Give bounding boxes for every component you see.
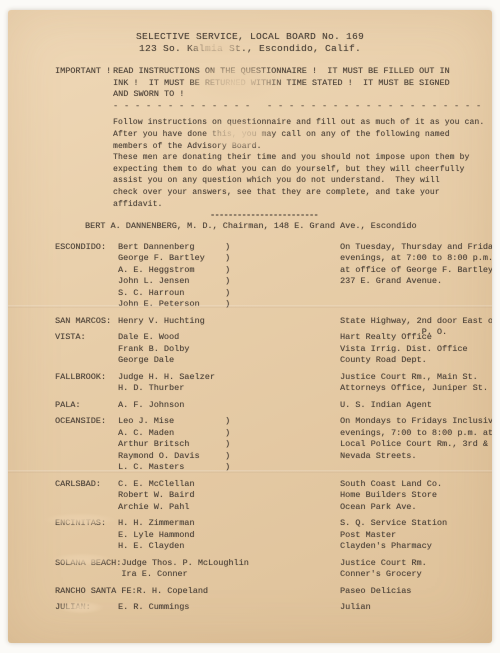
bracket-glyph: ) xyxy=(225,451,230,463)
advisor-member: Judge H. H. Saelzer xyxy=(118,372,259,384)
bracket-glyph: ) xyxy=(225,462,230,474)
advisor-member: H. H. Zimmerman xyxy=(118,518,259,530)
member-name: Dale E. Wood xyxy=(118,332,179,342)
important-text: READ INSTRUCTIONS ON THE QUESTIONNAIRE !… xyxy=(113,66,482,101)
document-page: SELECTIVE SERVICE, LOCAL BOARD No. 169 1… xyxy=(8,10,492,643)
advisor-location: OCEANSIDE: xyxy=(55,416,118,428)
advisor-member: C. E. McClellan xyxy=(118,479,259,491)
important-divider: - - - - - - - - - - - - - - - - - - - - … xyxy=(113,101,482,113)
advisor-section: PALA:A. F. JohnsonU. S. Indian Agent xyxy=(55,400,492,412)
document-header: SELECTIVE SERVICE, LOCAL BOARD No. 169 1… xyxy=(8,10,492,55)
member-name: E. R. Cummings xyxy=(118,602,189,612)
advisor-list: ESCONDIDO:Bert Dannenberg)George F. Bart… xyxy=(8,242,492,614)
advisor-member: Henry V. Huchting xyxy=(118,316,259,328)
advisor-location: VISTA: xyxy=(55,332,118,344)
important-notice: IMPORTANT ! READ INSTRUCTIONS ON THE QUE… xyxy=(8,55,492,112)
member-name: Ira E. Conner xyxy=(121,569,187,579)
bracket-glyph: ) xyxy=(225,265,230,277)
advisor-details: Julian xyxy=(340,602,371,614)
bracket-glyph: ) xyxy=(225,288,230,300)
member-name: Judge H. H. Saelzer xyxy=(118,372,215,382)
member-name: George F. Bartley xyxy=(118,253,205,263)
bracket-glyph: ) xyxy=(225,299,230,311)
advisor-section: JULIAN:E. R. CummingsJulian xyxy=(55,602,492,614)
important-label: IMPORTANT ! xyxy=(55,66,113,112)
advisor-member: John E. Peterson) xyxy=(118,299,259,311)
advisor-location: ESCONDIDO: xyxy=(55,242,118,254)
important-body: READ INSTRUCTIONS ON THE QUESTIONNAIRE !… xyxy=(113,66,482,112)
advisor-section: FALLBROOK:Judge H. H. SaelzerH. D. Thurb… xyxy=(55,372,492,395)
advisor-section: SOLANA BEACH:Judge Thos. P. McLoughlinIr… xyxy=(55,558,492,581)
bracket-glyph: ) xyxy=(225,276,230,288)
advisor-section: RANCHO SANTA FE:R. H. CopelandPaseo Deli… xyxy=(55,586,492,598)
advisor-section: ENCINITAS:H. H. ZimmermanE. Lyle Hammond… xyxy=(55,518,492,553)
chairman-line: BERT A. DANNENBERG, M. D., Chairman, 148… xyxy=(85,221,492,233)
advisor-member: Robert W. Baird xyxy=(118,490,259,502)
advisor-member: E. R. Cummings xyxy=(118,602,259,614)
advisor-members: Bert Dannenberg)George F. Bartley)A. E. … xyxy=(118,242,259,311)
advisor-member: John L. Jensen) xyxy=(118,276,259,288)
advisor-details: U. S. Indian Agent xyxy=(340,400,432,412)
member-name: Archie W. Pahl xyxy=(118,502,189,512)
advisor-location: ENCINITAS: xyxy=(55,518,118,530)
advisor-section: CARLSBAD:C. E. McClellanRobert W. BairdA… xyxy=(55,479,492,514)
member-name: George Dale xyxy=(118,355,174,365)
advisor-member: George F. Bartley) xyxy=(118,253,259,265)
advisor-member: A. C. Maden) xyxy=(118,428,259,440)
advisor-member: Raymond O. Davis) xyxy=(118,451,259,463)
advisor-location: FALLBROOK: xyxy=(55,372,118,384)
advisor-location: JULIAN: xyxy=(55,602,118,614)
advisor-members: Judge Thos. P. McLoughlinIra E. Conner xyxy=(121,558,265,581)
advisor-member: Ira E. Conner xyxy=(121,569,265,581)
advisor-section: OCEANSIDE:Leo J. Mise)A. C. Maden)Arthur… xyxy=(55,416,492,474)
document-title: SELECTIVE SERVICE, LOCAL BOARD No. 169 xyxy=(8,31,492,43)
advisor-details: Justice Court Rm. Conner's Grocery xyxy=(340,558,427,581)
member-name: C. E. McClellan xyxy=(118,479,195,489)
advisor-members: H. H. ZimmermanE. Lyle HammondH. E. Clay… xyxy=(118,518,259,553)
advisor-member: S. C. Harroun) xyxy=(118,288,259,300)
advisor-details: On Mondays to Fridays Inclusive, evening… xyxy=(340,416,492,462)
advisor-member: Judge Thos. P. McLoughlin xyxy=(121,558,265,570)
bracket-glyph: ) xyxy=(225,439,230,451)
section-divider: ------------------------ xyxy=(210,210,332,220)
advisor-member: A. F. Johnson xyxy=(118,400,259,412)
advisor-members: Dale E. WoodFrank B. DolbyGeorge Dale xyxy=(118,332,259,367)
advisor-member: A. E. Heggstrom) xyxy=(118,265,259,277)
instructions-paragraph: Follow instructions on questionnaire and… xyxy=(113,117,492,210)
member-name: Robert W. Baird xyxy=(118,490,195,500)
member-name: H. D. Thurber xyxy=(118,383,184,393)
member-name: Judge Thos. P. McLoughlin xyxy=(121,558,249,568)
advisor-member: Leo J. Mise) xyxy=(118,416,259,428)
advisor-location: SAN MARCOS: xyxy=(55,316,118,328)
advisor-member: Dale E. Wood xyxy=(118,332,259,344)
member-name: R. H. Copeland xyxy=(137,586,208,596)
member-name: Bert Dannenberg xyxy=(118,242,195,252)
advisor-location: PALA: xyxy=(55,400,118,412)
advisor-details: On Tuesday, Thursday and Friday evenings… xyxy=(340,242,492,288)
advisor-details: S. Q. Service Station Post Master Clayde… xyxy=(340,518,447,553)
document-address: 123 So. Kalmia St., Escondido, Calif. xyxy=(8,43,492,55)
member-name: A. C. Maden xyxy=(118,428,174,438)
advisor-member: Bert Dannenberg) xyxy=(118,242,259,254)
advisor-details: Justice Court Rm., Main St. Attorneys Of… xyxy=(340,372,488,395)
member-name: L. C. Masters xyxy=(118,462,184,472)
advisor-member: Frank B. Dolby xyxy=(118,344,259,356)
advisor-member: H. E. Clayden xyxy=(118,541,259,553)
bracket-glyph: ) xyxy=(225,416,230,428)
advisor-section: ESCONDIDO:Bert Dannenberg)George F. Bart… xyxy=(55,242,492,311)
advisor-member: George Dale xyxy=(118,355,259,367)
advisor-section: SAN MARCOS:Henry V. HuchtingState Highwa… xyxy=(55,316,492,328)
advisor-details: South Coast Land Co. Home Builders Store… xyxy=(340,479,442,514)
advisor-location: SOLANA BEACH: xyxy=(55,558,121,570)
advisor-members: Henry V. Huchting xyxy=(118,316,259,328)
advisor-member: E. Lyle Hammond xyxy=(118,530,259,542)
bracket-glyph: ) xyxy=(225,253,230,265)
member-name: H. E. Clayden xyxy=(118,541,184,551)
member-name: Leo J. Mise xyxy=(118,416,174,426)
member-name: Henry V. Huchting xyxy=(118,316,205,326)
member-name: E. Lyle Hammond xyxy=(118,530,195,540)
advisor-members: Judge H. H. SaelzerH. D. Thurber xyxy=(118,372,259,395)
advisor-member: Arthur Britsch) xyxy=(118,439,259,451)
member-name: Frank B. Dolby xyxy=(118,344,189,354)
advisor-members: C. E. McClellanRobert W. BairdArchie W. … xyxy=(118,479,259,514)
advisor-location: CARLSBAD: xyxy=(55,479,118,491)
member-name: A. F. Johnson xyxy=(118,400,184,410)
advisor-member: R. H. Copeland xyxy=(137,586,278,598)
advisor-details: Paseo Delicias xyxy=(340,586,411,598)
bracket-glyph: ) xyxy=(225,428,230,440)
advisor-details: Hart Realty Office Vista Irrig. Dist. Of… xyxy=(340,332,468,367)
member-name: A. E. Heggstrom xyxy=(118,265,195,275)
member-name: John E. Peterson xyxy=(118,299,200,309)
advisor-location: RANCHO SANTA FE: xyxy=(55,586,137,598)
advisor-members: E. R. Cummings xyxy=(118,602,259,614)
bracket-glyph: ) xyxy=(225,242,230,254)
advisor-member: L. C. Masters) xyxy=(118,462,259,474)
advisor-members: Leo J. Mise)A. C. Maden)Arthur Britsch)R… xyxy=(118,416,259,474)
advisor-members: A. F. Johnson xyxy=(118,400,259,412)
advisor-section: VISTA:Dale E. WoodFrank B. DolbyGeorge D… xyxy=(55,332,492,367)
member-name: H. H. Zimmerman xyxy=(118,518,195,528)
member-name: Arthur Britsch xyxy=(118,439,189,449)
member-name: Raymond O. Davis xyxy=(118,451,200,461)
scan-background: { "colors": { "paper": "#e7cda8", "ink":… xyxy=(0,0,500,653)
advisor-members: R. H. Copeland xyxy=(137,586,278,598)
member-name: S. C. Harroun xyxy=(118,288,184,298)
advisor-member: H. D. Thurber xyxy=(118,383,259,395)
advisor-member: Archie W. Pahl xyxy=(118,502,259,514)
member-name: John L. Jensen xyxy=(118,276,189,286)
